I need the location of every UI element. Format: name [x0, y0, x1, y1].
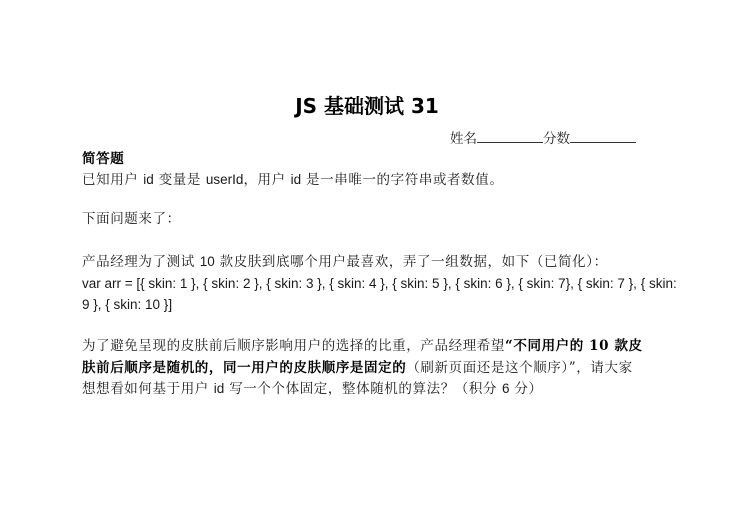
name-label: 姓名: [450, 131, 477, 147]
paragraph-4-line-3: 想想看如何基于用户 id 写一个个体固定，整体随机的算法？（积分 6 分）: [82, 379, 543, 399]
header-fields: 姓名分数: [450, 129, 636, 148]
document-title: JS 基础测试 31: [0, 93, 734, 119]
paragraph-4-line-2: 肤前后顺序是随机的，同一用户的皮肤顺序是固定的（刷新页面还是这个顺序）”，请大家: [82, 358, 633, 378]
paragraph-1: 已知用户 id 变量是 userId，用户 id 是一串唯一的字符串或者数值。: [82, 170, 503, 190]
section-heading: 简答题: [82, 149, 124, 169]
document-page: JS 基础测试 31 姓名分数 简答题 已知用户 id 变量是 userId，用…: [0, 0, 734, 532]
score-label: 分数: [543, 131, 570, 147]
paragraph-3-line-1: 产品经理为了测试 10 款皮肤到底哪个用户最喜欢，弄了一组数据，如下（已简化）：: [82, 252, 608, 272]
emphasis-text: 肤前后顺序是随机的，同一用户的皮肤顺序是固定的: [82, 360, 406, 376]
paragraph-4-line-1: 为了避免呈现的皮肤前后顺序影响用户的选择的比重，产品经理希望“不同用户的 10 …: [82, 336, 643, 356]
score-blank: [570, 129, 636, 143]
code-line-1: var arr = [{ skin: 1 }, { skin: 2 }, { s…: [82, 274, 677, 294]
name-blank: [477, 129, 543, 143]
paragraph-2: 下面问题来了：: [82, 209, 181, 229]
code-line-2: 9 }, { skin: 10 }]: [82, 295, 172, 315]
emphasis-text: “不同用户的 10 款皮: [505, 338, 643, 354]
